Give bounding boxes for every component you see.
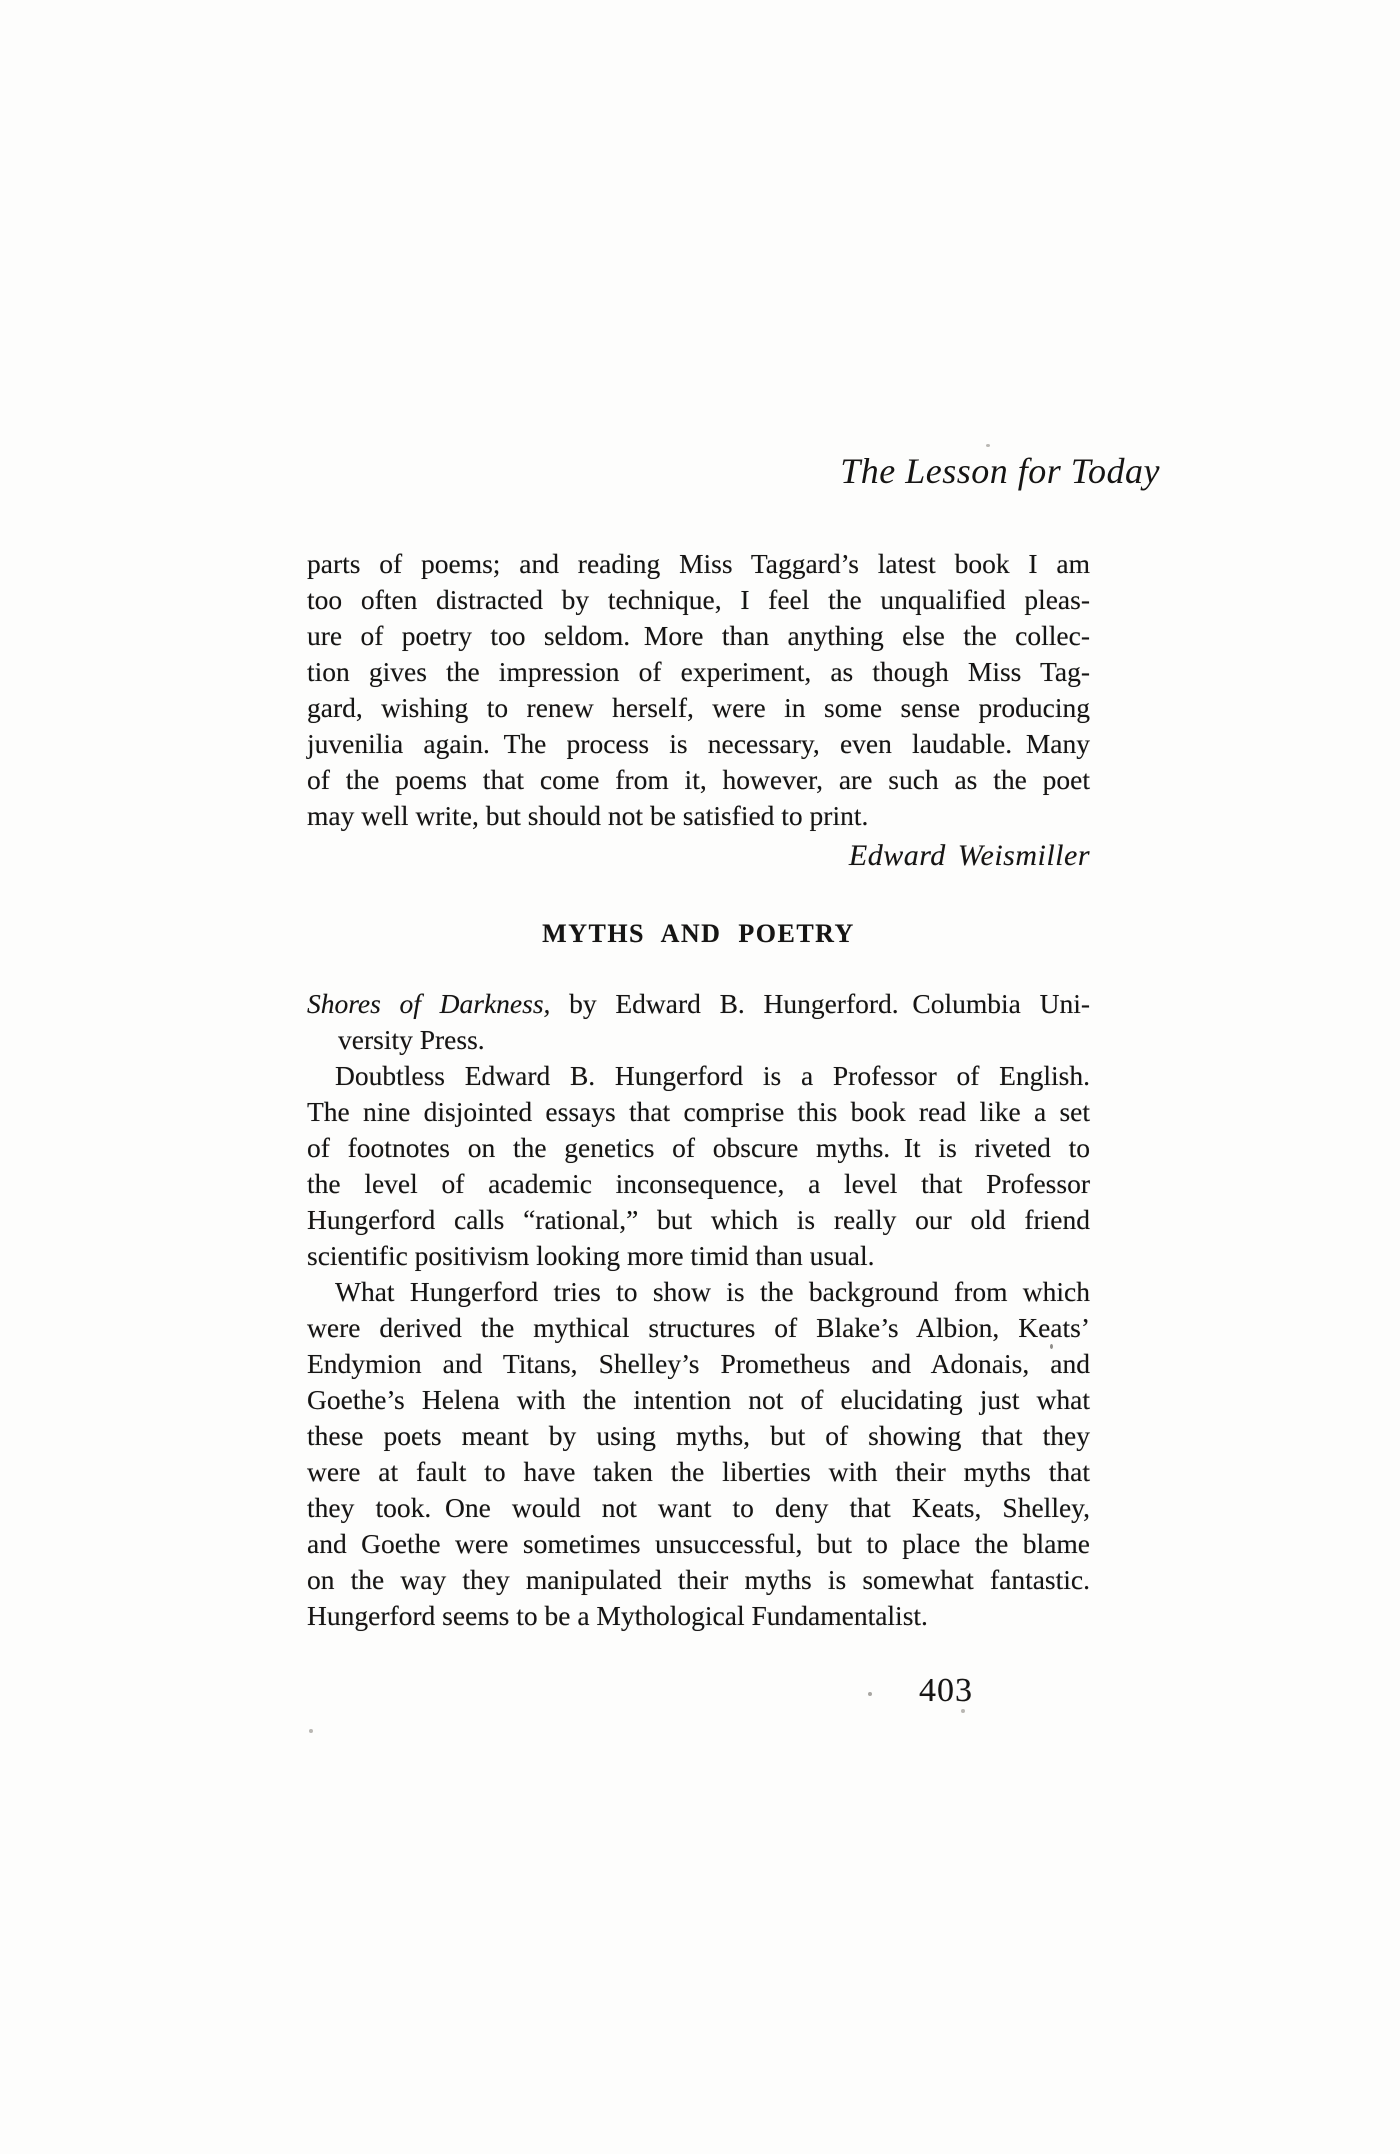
text-line: were derived the mythical structures of … [307,1310,1090,1346]
continued-paragraph: parts of poems; and reading Miss Taggard… [307,546,1090,834]
scan-speck [986,444,990,447]
text-line: juvenilia again. The process is necessar… [307,726,1090,762]
text-line: Endymion and Titans, Shelley’s Prometheu… [307,1346,1090,1382]
text-line: and Goethe were sometimes unsuccessful, … [307,1526,1090,1562]
text-line: What Hungerford tries to show is the bac… [307,1274,1090,1310]
text-line: too often distracted by technique, I fee… [307,582,1090,618]
scan-speck [961,1709,965,1713]
book-title: Shores of Darkness, [307,988,550,1019]
text-column: parts of poems; and reading Miss Taggard… [307,546,1090,1634]
review-paragraph-2: What Hungerford tries to show is the bac… [307,1274,1090,1634]
text-line: Hungerford calls “rational,” but which i… [307,1202,1090,1238]
text-line: scientific positivism looking more timid… [307,1238,1090,1274]
text-line: were at fault to have taken the libertie… [307,1454,1090,1490]
text-line: may well write, but should not be satisf… [307,798,1090,834]
text-line: the level of academic inconsequence, a l… [307,1166,1090,1202]
scan-speck [309,1729,313,1733]
running-head: The Lesson for Today [840,451,1160,491]
review-paragraph-1: Doubtless Edward B. Hungerford is a Prof… [307,1058,1090,1274]
section-heading: MYTHS AND POETRY [307,916,1090,952]
scan-speck [1050,1344,1053,1349]
text-line: Goethe’s Helena with the intention not o… [307,1382,1090,1418]
citation-authors: by Edward B. Hungerford. Columbia Uni- [550,988,1090,1019]
text-line: of the poems that come from it, however,… [307,762,1090,798]
text-line: on the way they manipulated their myths … [307,1562,1090,1598]
text-line: of footnotes on the genetics of obscure … [307,1130,1090,1166]
scan-speck [868,1692,872,1696]
text-line: Hungerford seems to be a Mythological Fu… [307,1598,1090,1634]
text-line: Doubtless Edward B. Hungerford is a Prof… [307,1058,1090,1094]
text-line: ure of poetry too seldom. More than anyt… [307,618,1090,654]
citation-line-2: versity Press. [307,1022,1090,1058]
text-line: parts of poems; and reading Miss Taggard… [307,546,1090,582]
book-citation: Shores of Darkness, by Edward B. Hungerf… [307,986,1090,1058]
text-line: gard, wishing to renew herself, were in … [307,690,1090,726]
text-line: they took. One would not want to deny th… [307,1490,1090,1526]
citation-line-1: Shores of Darkness, by Edward B. Hungerf… [307,986,1090,1022]
text-line: The nine disjointed essays that comprise… [307,1094,1090,1130]
text-line: these poets meant by using myths, but of… [307,1418,1090,1454]
scanned-book-page: The Lesson for Today parts of poems; and… [0,0,1400,2154]
page-number: 403 [919,1672,973,1710]
reviewer-signature: Edward Weismiller [307,838,1090,874]
text-line: tion gives the impression of experiment,… [307,654,1090,690]
